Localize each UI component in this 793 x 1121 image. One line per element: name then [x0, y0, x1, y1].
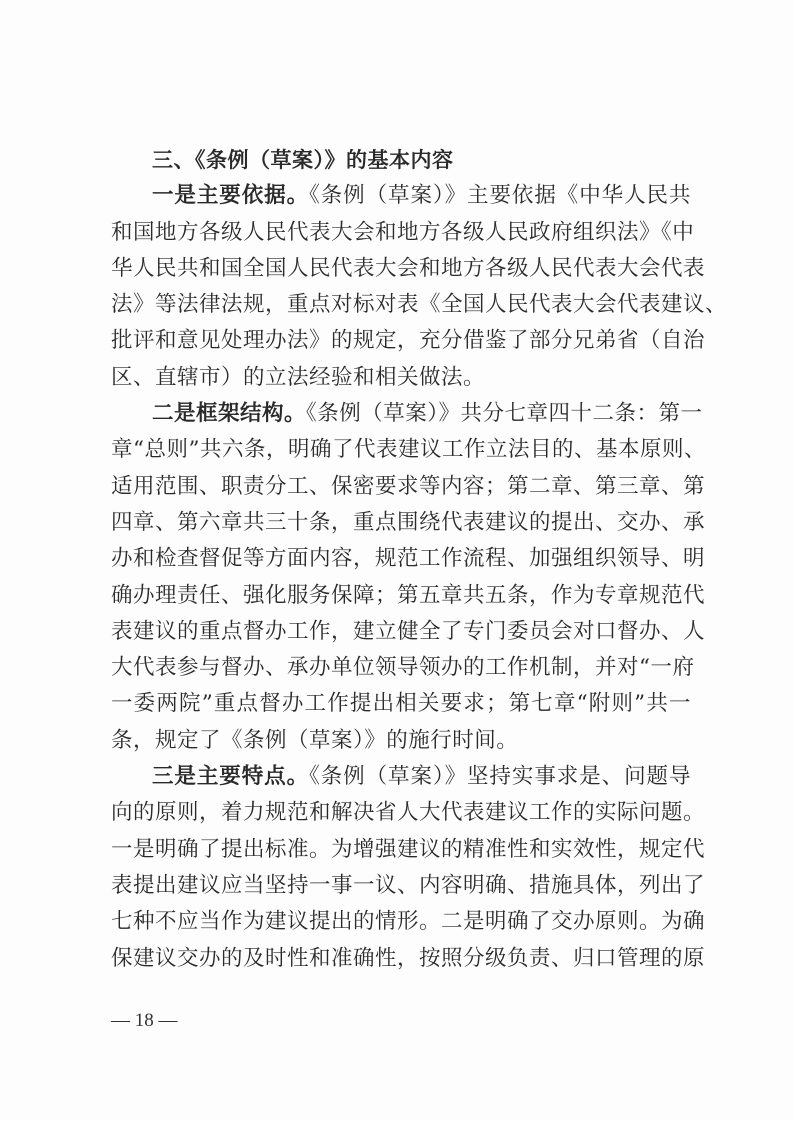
text-span: 《条例（草案）》主要依据《中华人民共 [309, 183, 691, 208]
paragraph-2-line-9: 一委两院”重点督办工作提出相关要求；第七章“附则”共一 [111, 686, 691, 722]
paragraph-3-line-2: 向的原则，着力规范和解决省人大代表建议工作的实际问题。 [111, 795, 691, 831]
paragraph-lead: 二是框架结构。 [152, 401, 306, 426]
paragraph-2-line-5: 办和检查督促等方面内容，规范工作流程、加强组织领导、明 [111, 541, 691, 577]
paragraph-1-line-3: 华人民共和国全国人民代表大会和地方各级人民代表大会代表 [111, 251, 691, 287]
section-heading: 三、《条例（草案）》的基本内容 [111, 142, 691, 178]
paragraph-lead: 一是主要依据。 [152, 183, 309, 208]
text-span: 《条例（草案）》共分七章四十二条：第一 [306, 401, 703, 426]
paragraph-lead: 三是主要特点。 [152, 764, 309, 789]
text-span: 《条例（草案）》坚持实事求是、问题导 [309, 764, 691, 789]
paragraph-2-line-10: 条，规定了《条例（草案）》的施行时间。 [111, 723, 691, 759]
paragraph-2-line-3: 适用范围、职责分工、保密要求等内容；第二章、第三章、第 [111, 469, 691, 505]
paragraph-2-line-8: 大代表参与督办、承办单位领导领办的工作机制，并对“一府 [111, 650, 691, 686]
paragraph-1-line-5: 批评和意见处理办法》的规定，充分借鉴了部分兄弟省（自治 [111, 323, 691, 359]
page-number: — 18 — [111, 1010, 178, 1032]
paragraph-1-line-1: 一是主要依据。《条例（草案）》主要依据《中华人民共 [111, 178, 691, 214]
paragraph-2-line-1: 二是框架结构。《条例（草案）》共分七章四十二条：第一 [111, 396, 691, 432]
paragraph-2-line-7: 表建议的重点督办工作，建立健全了专门委员会对口督办、人 [111, 614, 691, 650]
paragraph-3-line-1: 三是主要特点。《条例（草案）》坚持实事求是、问题导 [111, 759, 691, 795]
paragraph-3-line-5: 七种不应当作为建议提出的情形。二是明确了交办原则。为确 [111, 904, 691, 940]
paragraph-1-line-4: 法》等法律法规，重点对标对表《全国人民代表大会代表建议、 [111, 287, 691, 323]
paragraph-3-line-4: 表提出建议应当坚持一事一议、内容明确、措施具体，列出了 [111, 868, 691, 904]
paragraph-3-line-3: 一是明确了提出标准。为增强建议的精准性和实效性，规定代 [111, 832, 691, 868]
paragraph-2-line-2: 章“总则”共六条，明确了代表建议工作立法目的、基本原则、 [111, 432, 691, 468]
paragraph-1-line-6: 区、直辖市）的立法经验和相关做法。 [111, 360, 691, 396]
paragraph-2-line-6: 确办理责任、强化服务保障；第五章共五条，作为专章规范代 [111, 578, 691, 614]
document-page: 三、《条例（草案）》的基本内容 一是主要依据。《条例（草案）》主要依据《中华人民… [0, 0, 793, 1121]
paragraph-3-line-6: 保建议交办的及时性和准确性，按照分级负责、归口管理的原 [111, 941, 691, 977]
paragraph-1-line-2: 和国地方各级人民代表大会和地方各级人民政府组织法》《中 [111, 215, 691, 251]
document-body: 三、《条例（草案）》的基本内容 一是主要依据。《条例（草案）》主要依据《中华人民… [111, 142, 691, 977]
paragraph-2-line-4: 四章、第六章共三十条，重点围绕代表建议的提出、交办、承 [111, 505, 691, 541]
